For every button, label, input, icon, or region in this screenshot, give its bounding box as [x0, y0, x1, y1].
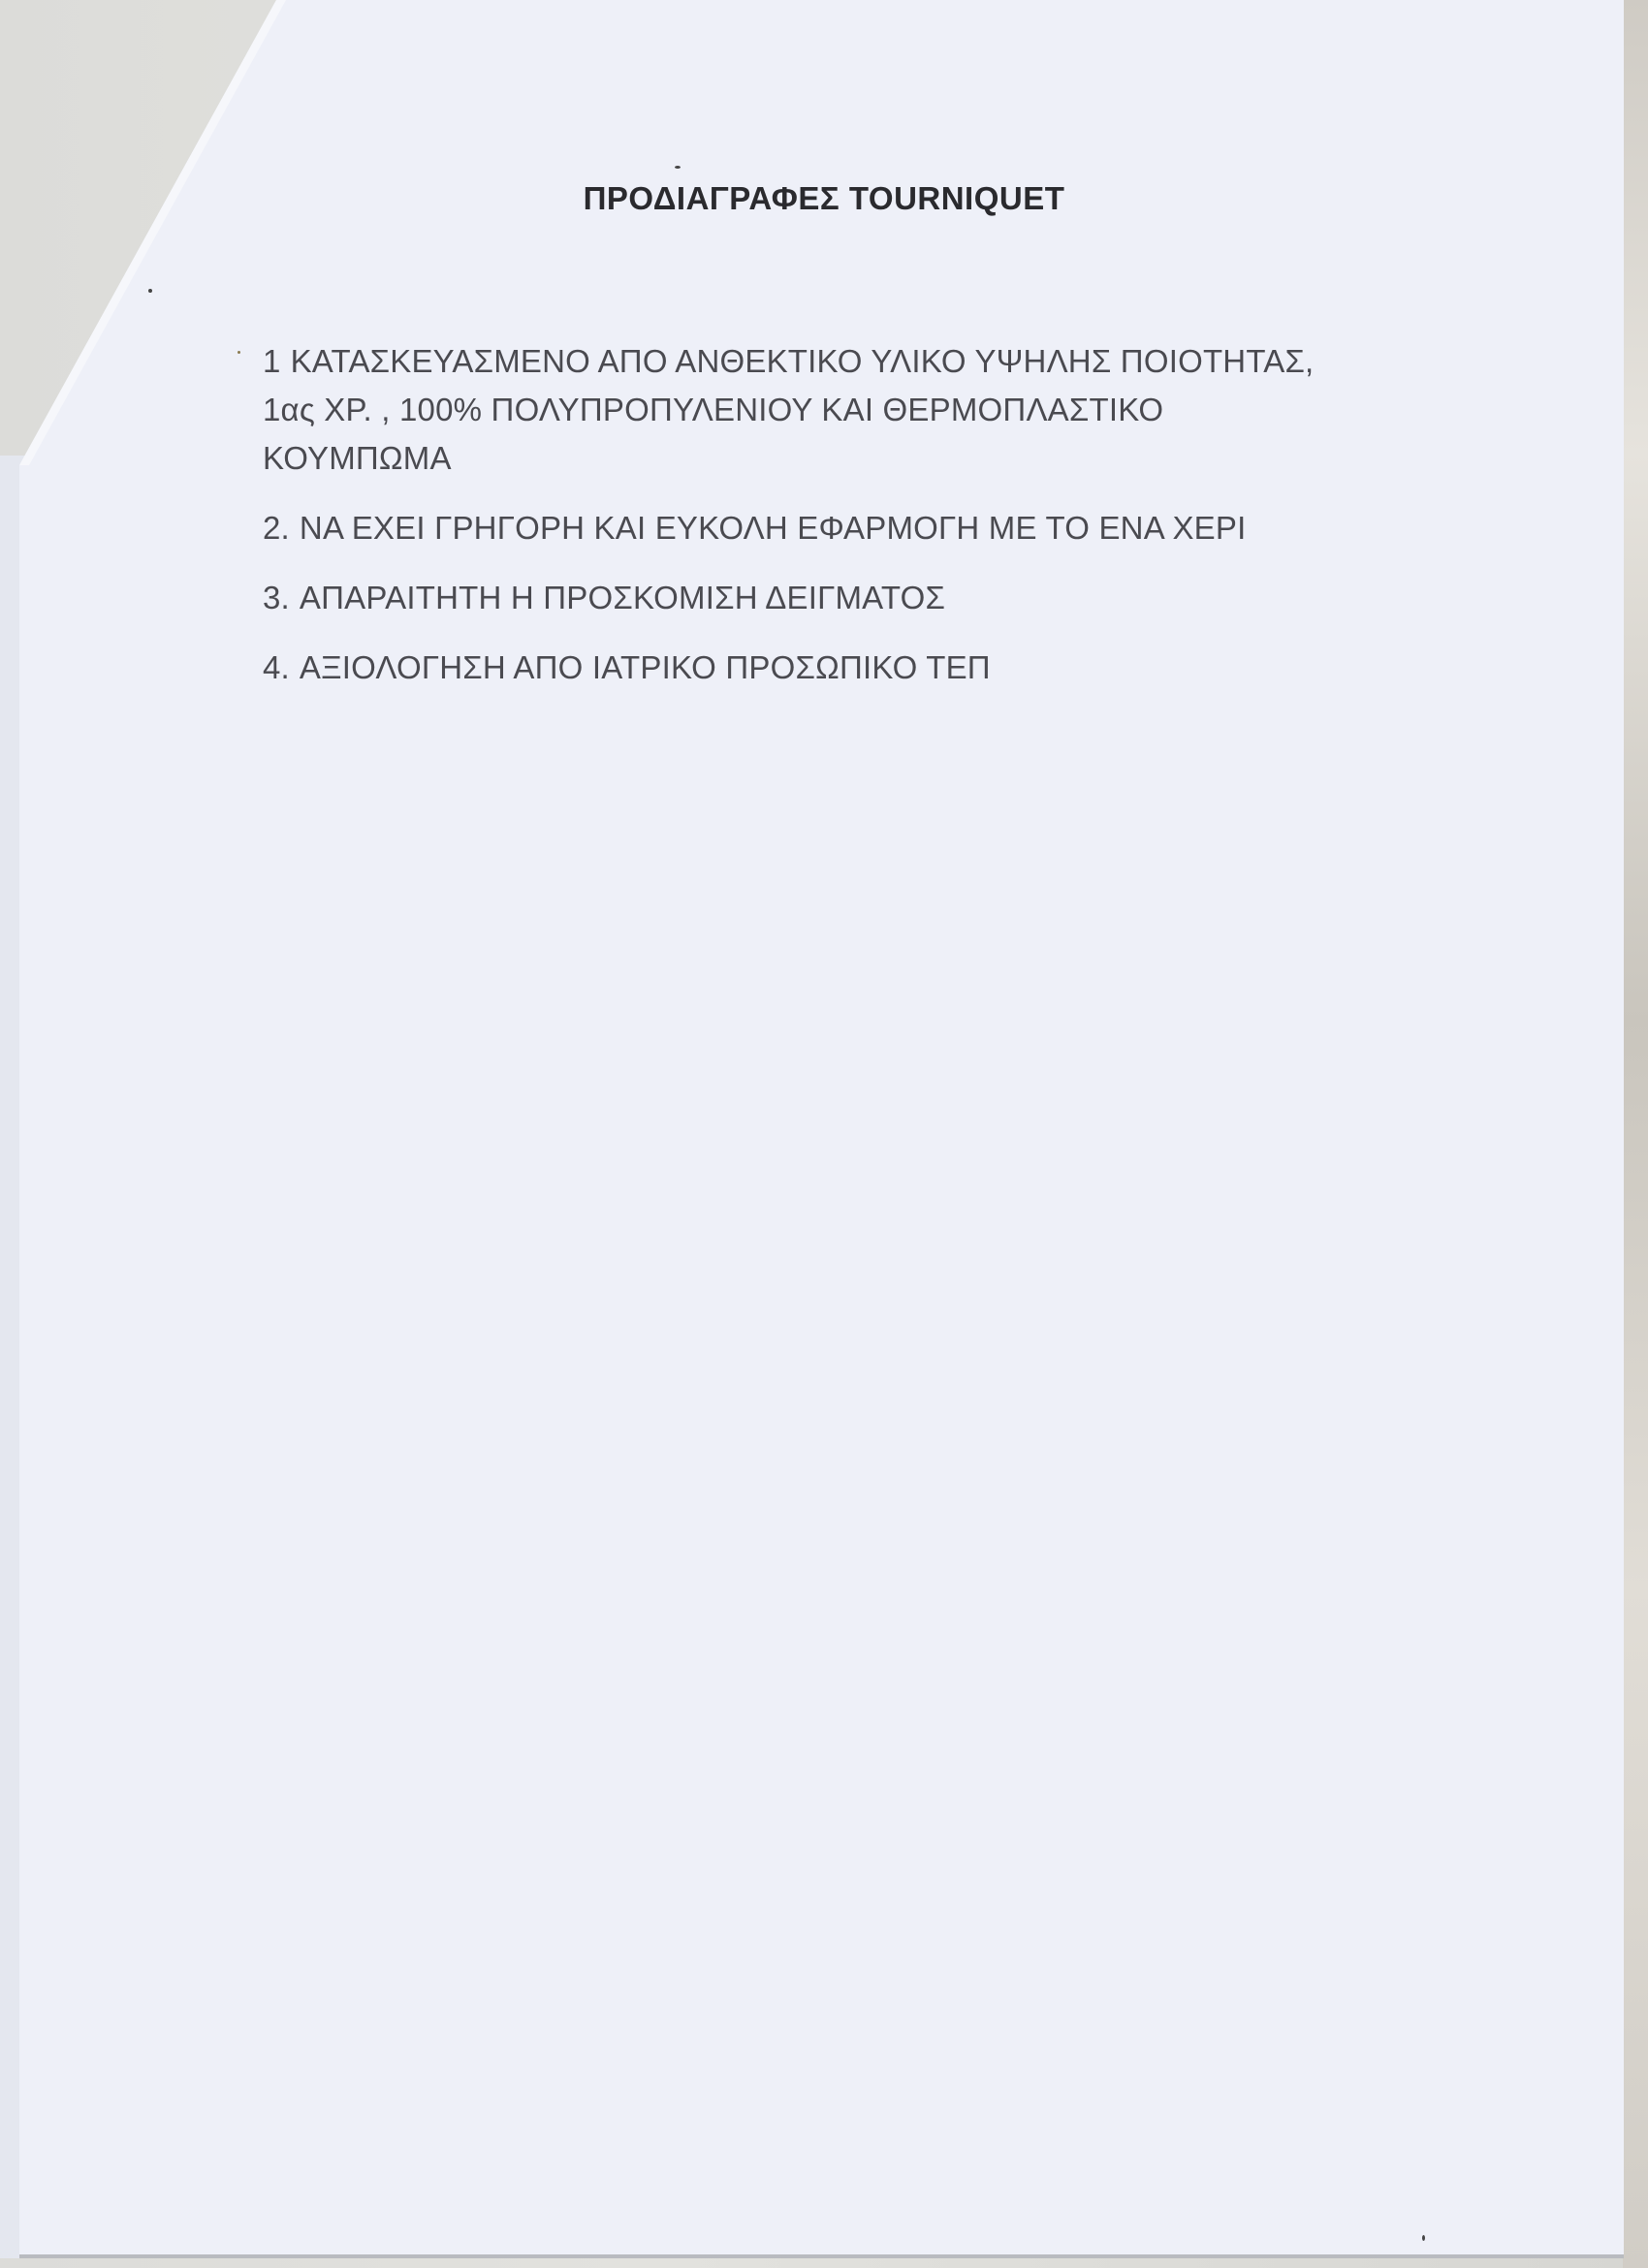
scan-speck: [238, 351, 240, 354]
spec-item-2: 2.ΝΑ ΕΧΕΙ ΓΡΗΓΟΡΗ ΚΑΙ ΕΥΚΟΛΗ ΕΦΑΡΜΟΓΗ ΜΕ…: [263, 504, 1358, 552]
specification-list: 1ΚΑΤΑΣΚΕΥΑΣΜΕΝΟ ΑΠΟ ΑΝΘΕΚΤΙΚΟ ΥΛΙΚΟ ΥΨΗΛ…: [263, 337, 1358, 713]
spec-item-text: ΝΑ ΕΧΕΙ ΓΡΗΓΟΡΗ ΚΑΙ ΕΥΚΟΛΗ ΕΦΑΡΜΟΓΗ ΜΕ Τ…: [300, 510, 1247, 546]
spec-item-text: ΚΑΤΑΣΚΕΥΑΣΜΕΝΟ ΑΠΟ ΑΝΘΕΚΤΙΚΟ ΥΛΙΚΟ ΥΨΗΛΗ…: [263, 343, 1314, 476]
spec-item-number: 4.: [263, 649, 290, 685]
scan-speck: [148, 289, 152, 293]
spec-item-text: ΑΞΙΟΛΟΓΗΣΗ ΑΠΟ ΙΑΤΡΙΚΟ ΠΡΟΣΩΠΙΚΟ ΤΕΠ: [300, 649, 991, 685]
spec-item-number: 3.: [263, 580, 290, 615]
spec-item-number: 2.: [263, 510, 290, 546]
page-title: ΠΡΟΔΙΑΓΡΑΦΕΣ TOURNIQUET: [0, 180, 1648, 217]
scan-speck: [1422, 2235, 1425, 2241]
scan-speck: [675, 166, 681, 169]
page-bottom-edge: [19, 2254, 1624, 2258]
spec-item-3: 3.ΑΠΑΡΑΙΤΗΤΗ Η ΠΡΟΣΚΟΜΙΣΗ ΔΕΙΓΜΑΤΟΣ: [263, 574, 1358, 622]
spec-item-text: ΑΠΑΡΑΙΤΗΤΗ Η ΠΡΟΣΚΟΜΙΣΗ ΔΕΙΓΜΑΤΟΣ: [300, 580, 945, 615]
scanner-edge-strip: [1623, 0, 1648, 2268]
spec-item-number: 1: [263, 343, 281, 379]
spec-item-1: 1ΚΑΤΑΣΚΕΥΑΣΜΕΝΟ ΑΠΟ ΑΝΘΕΚΤΙΚΟ ΥΛΙΚΟ ΥΨΗΛ…: [263, 337, 1358, 483]
spec-item-4: 4.ΑΞΙΟΛΟΓΗΣΗ ΑΠΟ ΙΑΤΡΙΚΟ ΠΡΟΣΩΠΙΚΟ ΤΕΠ: [263, 644, 1358, 692]
